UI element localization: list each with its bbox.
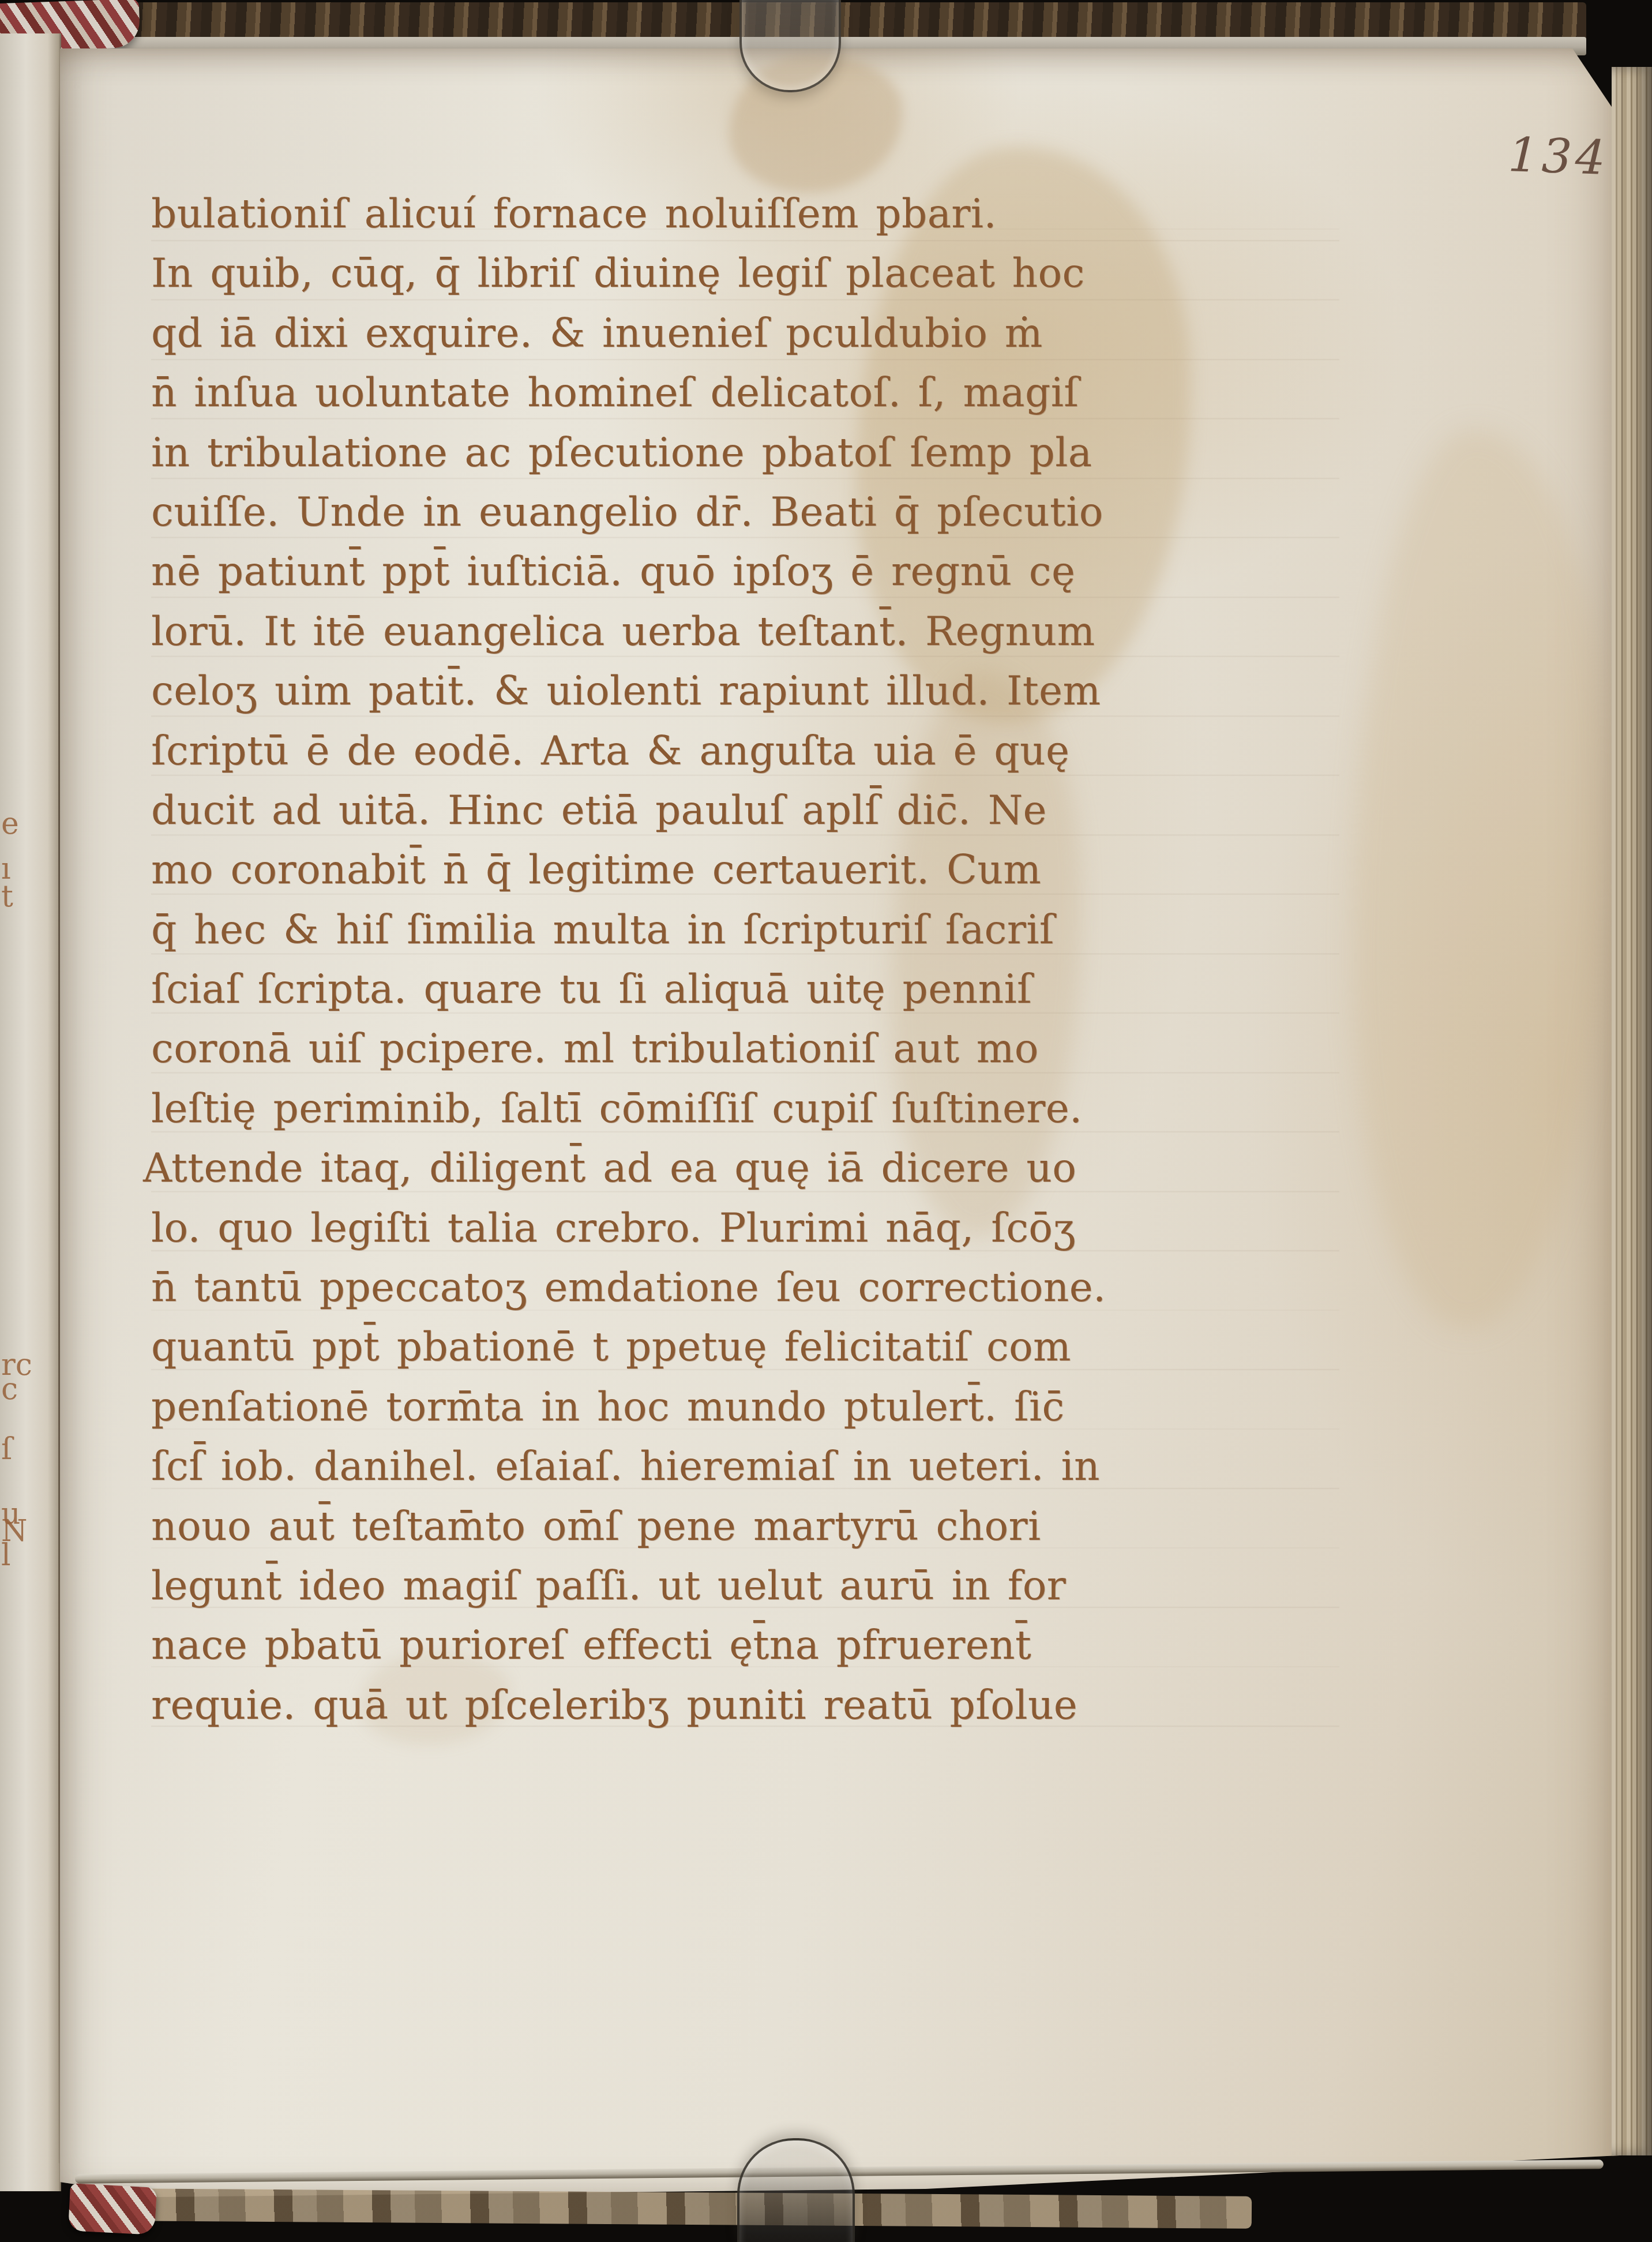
- text-line: q̄ hec & hiſ ſimilia multa in ſcripturiſ…: [151, 901, 1339, 960]
- text-line: lo. quo legiſti talia crebro. Plurimi nā…: [151, 1199, 1339, 1258]
- water-stain: [1352, 429, 1606, 1329]
- text-line: nē patiunt̄ ppt̄ iuſticiā. quō ipſoʒ ē r…: [151, 542, 1339, 602]
- text-line: legunt̄ ideo magiſ paſſi. ut uelut aurū …: [151, 1557, 1339, 1616]
- text-line: qd iā dixi exquire. & inuenieſ pculdubio…: [151, 304, 1339, 363]
- margin-fragment: ſ: [1, 1432, 36, 1467]
- text-line: quantū ppt̄ pbationē t ppetuę felicitati…: [151, 1318, 1339, 1377]
- text-block: bulationiſ alicuí fornace noluiſſem pbar…: [151, 185, 1339, 1741]
- text-line: nace pbatū purioreſ effecti ęt̄na pfruer…: [151, 1616, 1339, 1675]
- endband-bottom: [68, 2183, 157, 2235]
- manuscript-page: 134 bulationiſ alicuí fornace noluiſſem …: [60, 48, 1620, 2202]
- manuscript-photo: e ı t rc c ſ u N l 134 bulationiſ alicuí…: [0, 0, 1652, 2242]
- text-line: bulationiſ alicuí fornace noluiſſem pbar…: [151, 185, 1339, 244]
- margin-fragment: c: [1, 1372, 36, 1407]
- margin-fragment: e: [1, 807, 36, 841]
- text-line: ſcſ̄ iob. danihel. eſaiaſ. hieremiaſ in …: [151, 1437, 1339, 1497]
- text-line: n̄ inſua uoluntate homineſ delicatoſ. ſ,…: [151, 363, 1339, 423]
- text-line: celoʒ uim patit̄. & uiolenti rapiunt ill…: [151, 662, 1339, 721]
- facing-page-sliver: e ı t rc c ſ u N l: [0, 33, 61, 2191]
- text-line: ſcriptū ē de eodē. Arta & anguſta uia ē …: [151, 722, 1339, 781]
- fore-edge-page-stack: [1612, 67, 1652, 2155]
- text-line: penſationē torm̄ta in hoc mundo ptulert̄…: [151, 1378, 1339, 1437]
- text-line: requie. quā ut pſceleribʒ puniti reatū p…: [151, 1676, 1339, 1735]
- text-line: leſtię periminib, ſaltī cōmiſſiſ cupiſ ſ…: [151, 1079, 1339, 1139]
- margin-fragment: t: [1, 879, 36, 914]
- text-line: ſciaſ ſcripta. quare tu ſi aliquā uitę p…: [151, 960, 1339, 1019]
- text-line: ducit ad uitā. Hinc etiā pauluſ aplſ̄ di…: [151, 781, 1339, 841]
- page-holding-strap-bottom: [737, 2138, 855, 2242]
- text-line: in tribulatione ac pſecutione pbatoſ ſem…: [151, 423, 1339, 483]
- text-line: mo coronabit̄ n̄ q̄ legitime certauerit.…: [151, 841, 1339, 900]
- margin-fragment: l: [1, 1538, 36, 1573]
- text-line: cuiſſe. Unde in euangelio dr̄. Beati q̄ …: [151, 483, 1339, 542]
- page-holding-strap-top: [739, 0, 841, 92]
- bottom-page-stack-edge: [121, 2188, 1252, 2229]
- text-line: nouo aut̄ teſtam̄to om̄ſ pene martyrū ch…: [151, 1497, 1339, 1557]
- text-line: In quib, cūq, q̄ libriſ diuinę legiſ pla…: [151, 244, 1339, 303]
- text-line: n̄ tantū ppeccatoʒ emdatione ſeu correct…: [151, 1258, 1339, 1318]
- text-line: lorū. It itē euangelica uerba teſtant̄. …: [151, 602, 1339, 662]
- text-line: coronā uiſ pcipere. ml tribulationiſ aut…: [151, 1019, 1339, 1079]
- text-line: Attende itaq, diligent̄ ad ea quę iā dic…: [143, 1139, 1339, 1198]
